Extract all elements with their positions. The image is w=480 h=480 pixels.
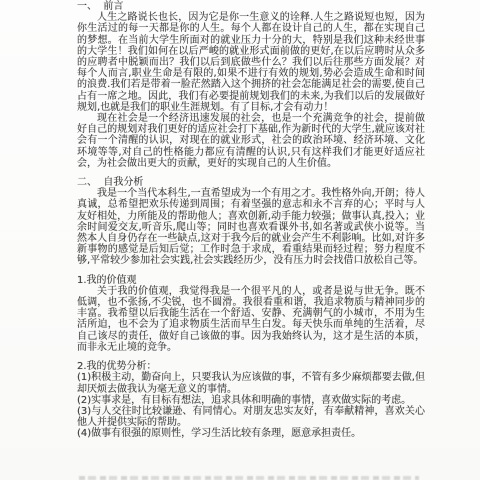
self-analysis-paragraph: 我是一个当代本科生,一直希望成为一个有用之才。我性格外向,开朗；待人真诚，总希望… <box>77 188 425 266</box>
strengths-item-4: (4)做事有很强的原则性，学习生活比较有条理，愿意承担责任。 <box>77 428 425 439</box>
values-paragraph: 关于我的价值观，我觉得我是一个很平凡的人，或者是说与世无争。既不低调，也不张扬,… <box>77 286 425 353</box>
section-heading-preface: 一、 前言 <box>77 1 425 12</box>
cropped-next-line-hint <box>79 476 419 480</box>
subsection-heading-strengths: 2.我的优势分析： <box>77 361 425 372</box>
preface-paragraph-1: 人生之路说长也长，因为它是你一生意义的诠释.人生之路说短也短，因为你生活过的每一… <box>77 12 425 113</box>
preface-paragraph-2: 现在社会是一个经济迅速发展的社会，也是一个充满竞争的社会，提前做好自己的规划对我… <box>77 113 425 169</box>
strengths-item-3: (3)与人交往时比较谦逊、有同情心。对朋友忠实友好，有奉献精神，喜欢关心他人并提… <box>77 406 425 428</box>
strengths-item-1: (1)积极主动，勤奋向上，只要我认为应该做的事，不管有多少麻烦都要去做,但却厌烦… <box>77 372 425 394</box>
section-gap <box>77 353 425 361</box>
section-gap <box>77 267 425 275</box>
section-heading-self-analysis: 二、 自我分析 <box>77 177 425 188</box>
subsection-heading-values: 1.我的价值观 <box>77 275 425 286</box>
document-text-column: 一、 前言 人生之路说长也长，因为它是你一生意义的诠释.人生之路说短也短，因为你… <box>77 1 425 440</box>
section-gap <box>77 169 425 177</box>
strengths-item-2: (2)实事求是，有目标有想法，追求具体和明确的事情，喜欢做实际的考虑。 <box>77 395 425 406</box>
scanned-document-page: 一、 前言 人生之路说长也长，因为它是你一生意义的诠释.人生之路说短也短，因为你… <box>0 0 480 480</box>
